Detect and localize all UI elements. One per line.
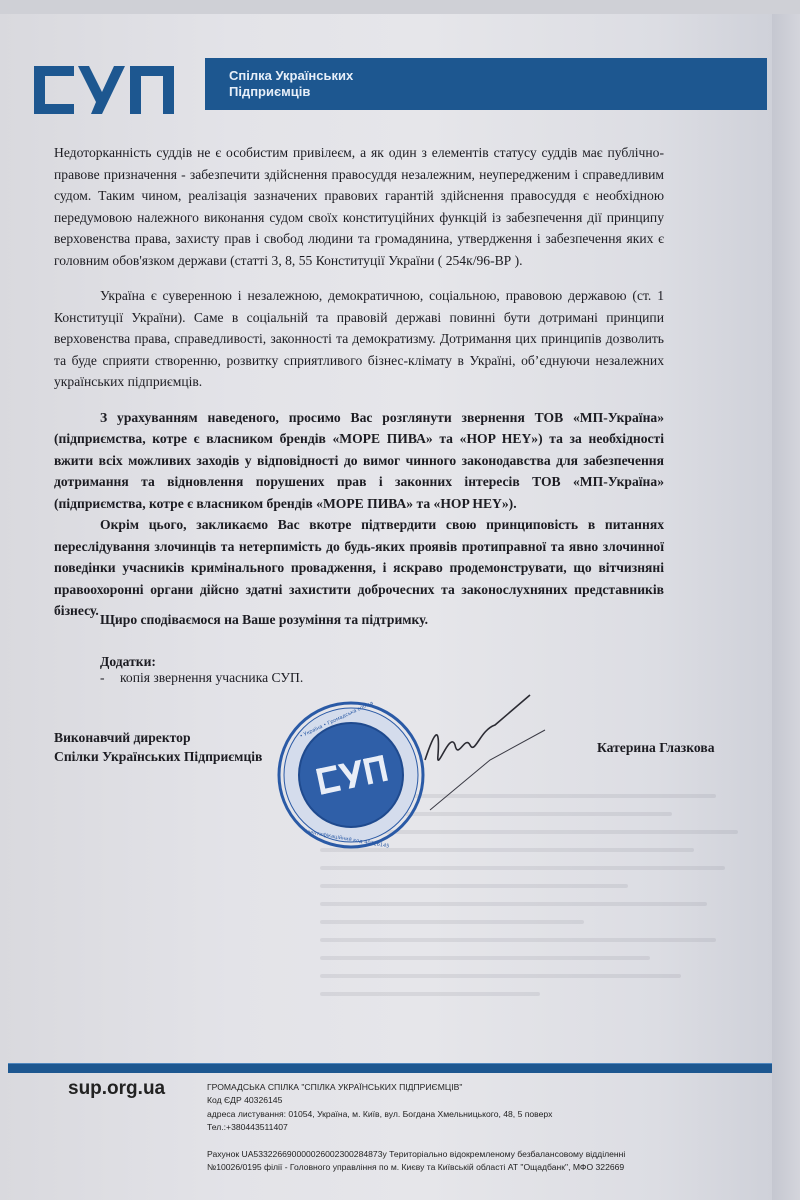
org-name: Спілка Українських Підприємців (229, 68, 353, 100)
footer-divider (8, 1063, 772, 1073)
org-name-line2: Підприємців (229, 84, 353, 100)
attachments-title: Додатки: (100, 654, 156, 670)
sup-logo (34, 66, 174, 114)
page-shadow-edge (772, 14, 800, 1200)
signatory-title-line2: Спілки Українських Підприємців (54, 747, 262, 766)
footer-org-name: ГРОМАДСЬКА СПІЛКА "СПІЛКА УКРАЇНСЬКИХ ПІ… (207, 1081, 625, 1094)
paragraph-judicial-immunity: Недоторканність суддів не є особистим пр… (54, 142, 664, 271)
signatory-title: Виконавчий директор Спілки Українських П… (54, 728, 262, 766)
closing-line: Щиро сподіваємося на Ваше розуміння та п… (100, 612, 428, 628)
letter-body: Недоторканність суддів не є особистим пр… (54, 142, 664, 622)
footer-phone: Тел.:+380443511407 (207, 1121, 625, 1134)
official-stamp: • Україна • Громадська спілка ідентифіка… (276, 700, 426, 850)
attachment-text: копія звернення учасника СУП. (120, 670, 303, 685)
bullet: - (100, 670, 120, 686)
footer-address: адреса листування: 01054, Україна, м. Ки… (207, 1108, 625, 1121)
signatory-name: Катерина Глазкова (597, 740, 715, 756)
signatory-title-line1: Виконавчий директор (54, 728, 262, 747)
header-banner: Спілка Українських Підприємців (205, 58, 767, 110)
paragraph-constitution: Україна є суверенною і незалежною, демок… (54, 285, 664, 393)
attachment-item: -копія звернення учасника СУП. (100, 670, 303, 686)
footer-edrpou: Код ЄДР 40326145 (207, 1094, 625, 1107)
footer-details: ГРОМАДСЬКА СПІЛКА "СПІЛКА УКРАЇНСЬКИХ ПІ… (207, 1081, 625, 1174)
website-link[interactable]: sup.org.ua (68, 1078, 165, 1100)
org-name-line1: Спілка Українських (229, 68, 353, 84)
paragraph-appeal: Окрім цього, закликаємо Вас вкотре підтв… (54, 514, 664, 622)
footer-bank-line2: №10026/0195 філії - Головного управління… (207, 1161, 625, 1174)
paragraph-request: З урахуванням наведеного, просимо Вас ро… (54, 407, 664, 515)
handwritten-signature (420, 690, 550, 820)
footer-bank-line1: Рахунок UA533226690000026002300284873у Т… (207, 1148, 625, 1161)
